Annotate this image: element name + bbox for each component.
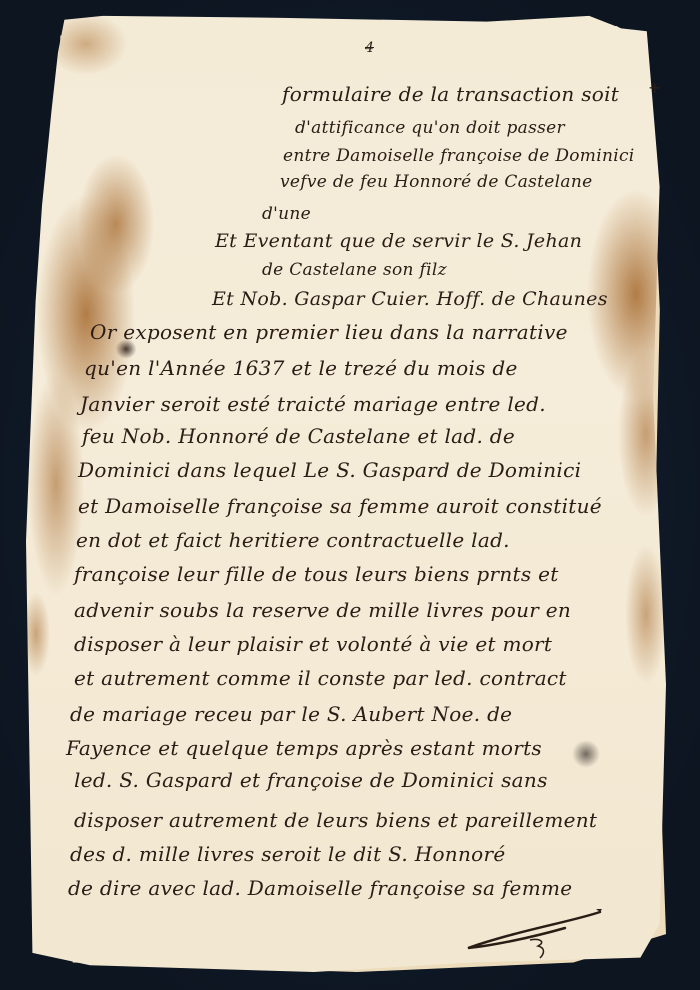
party-line: Et Eventant que de servir le S. Jehan [215,230,582,252]
heading-line: formulaire de la transaction soit [282,82,619,106]
party-line: Et Nob. Gaspar Cuier. Hoff. de Chaunes [212,288,608,310]
party-line: de Castelane son filz [262,260,447,280]
body-line: de dire avec lad. Damoiselle françoise s… [68,876,572,900]
folio-number: 4 [365,40,374,56]
heading-line: vefve de feu Honnoré de Castelane [280,172,592,192]
party-line: d'une [262,204,311,224]
signature-flourish [460,900,610,960]
body-line: Janvier seroit esté traicté mariage entr… [80,392,546,416]
handwriting-layer: 4 + formulaire de la transaction soit d'… [0,0,700,990]
body-line: advenir soubs la reserve de mille livres… [74,598,571,622]
body-line: disposer autrement de leurs biens et par… [74,808,597,832]
body-line: françoise leur fille de tous leurs biens… [74,562,559,586]
heading-line: d'attificance qu'on doit passer [295,118,565,138]
body-line: Fayence et quelque temps après estant mo… [66,736,542,760]
body-line: feu Nob. Honnoré de Castelane et lad. de [82,424,515,448]
body-line: led. S. Gaspard et françoise de Dominici… [74,768,548,792]
body-line: et autrement comme il conste par led. co… [74,666,567,690]
body-line: Dominici dans lequel Le S. Gaspard de Do… [78,458,581,482]
body-line: en dot et faict heritiere contractuelle … [76,528,510,552]
body-line: des d. mille livres seroit le dit S. Hon… [70,842,506,866]
body-line: et Damoiselle françoise sa femme auroit … [78,494,602,518]
heading-line: entre Damoiselle françoise de Dominici [283,146,635,166]
body-line: qu'en l'Année 1637 et le trezé du mois d… [84,356,518,380]
body-line: disposer à leur plaisir et volonté à vie… [74,632,552,656]
body-line: de mariage receu par le S. Aubert Noe. d… [70,702,512,726]
margin-cross-mark: + [648,78,661,97]
body-line: Or exposent en premier lieu dans la narr… [90,320,568,344]
